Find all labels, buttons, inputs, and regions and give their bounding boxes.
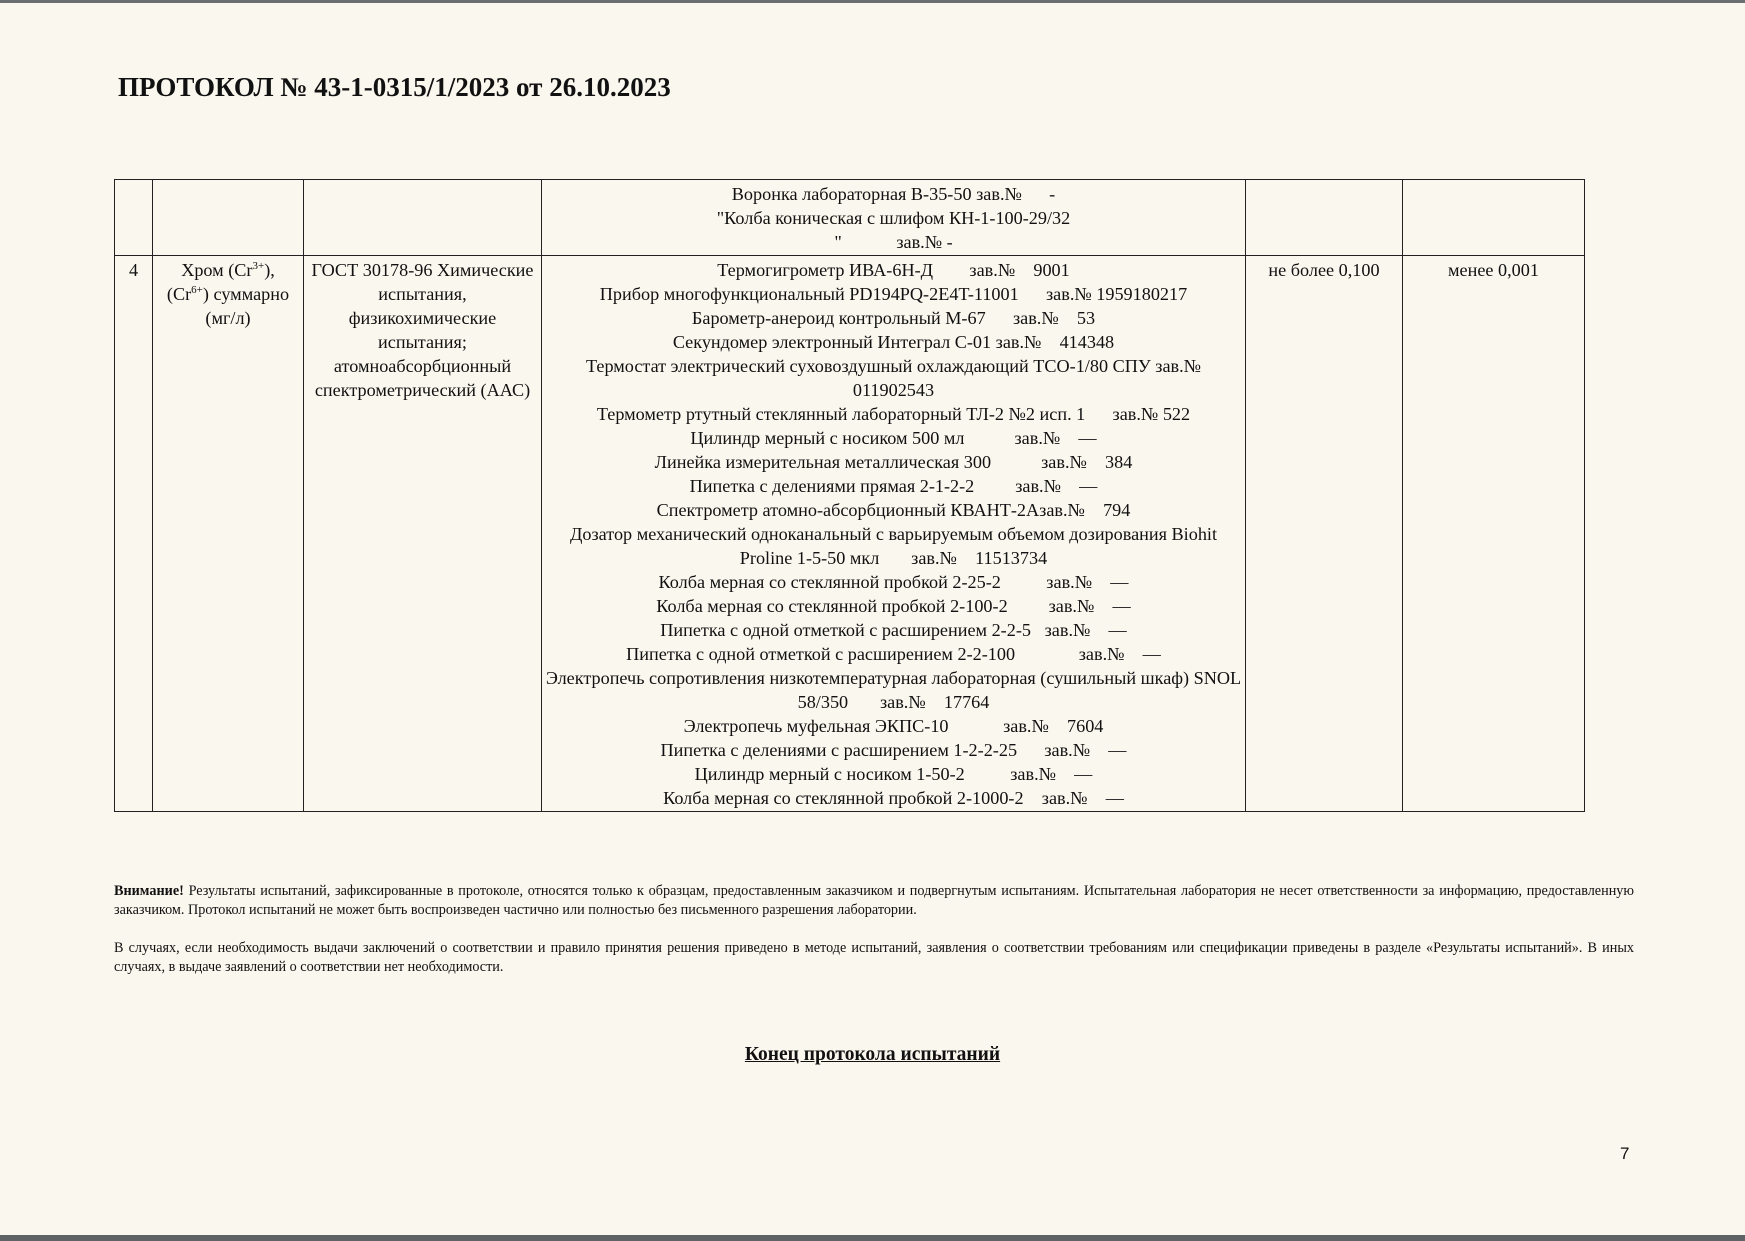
- equipment-item: Цилиндр мерный с носиком 500 мл зав.№ —: [545, 426, 1242, 450]
- attention-label: Внимание!: [114, 883, 184, 899]
- cell-number: 4: [115, 256, 153, 812]
- equipment-line: Воронка лабораторная В-35-50 зав.№ -: [545, 182, 1242, 206]
- equipment-item: Колба мерная со стеклянной пробкой 2-25-…: [545, 570, 1242, 594]
- equipment-item: Электропечь муфельная ЭКПС-10 зав.№ 7604: [545, 714, 1242, 738]
- ion-charge: 6+: [191, 284, 203, 296]
- attention-note: Внимание! Результаты испытаний, зафиксир…: [114, 882, 1634, 920]
- indicator-text: ) суммарно: [203, 284, 289, 304]
- equipment-item: Термостат электрический суховоздушный ох…: [545, 354, 1242, 402]
- conformity-note: В случаях, если необходимость выдачи зак…: [114, 939, 1634, 977]
- equipment-item: Термометр ртутный стеклянный лабораторны…: [545, 402, 1242, 426]
- equipment-item: Барометр-анероид контрольный М-67 зав.№ …: [545, 306, 1242, 330]
- equipment-item: Дозатор механический одноканальный с вар…: [545, 522, 1242, 570]
- attention-text: Результаты испытаний, зафиксированные в …: [114, 883, 1634, 918]
- equipment-line: " зав.№ -: [545, 230, 1242, 254]
- results-table: Воронка лабораторная В-35-50 зав.№ - "Ко…: [114, 179, 1585, 812]
- equipment-item: Пипетка с делениями прямая 2-1-2-2 зав.№…: [545, 474, 1242, 498]
- equipment-item: Термогигрометр ИВА-6Н-Д зав.№ 9001: [545, 258, 1242, 282]
- indicator-text: Хром (Cr: [181, 260, 252, 280]
- table-row-continuation: Воронка лабораторная В-35-50 зав.№ - "Ко…: [115, 180, 1585, 256]
- equipment-item: Линейка измерительная металлическая 300 …: [545, 450, 1242, 474]
- table-row: 4 Хром (Cr3+), (Cr6+) суммарно (мг/л) ГО…: [115, 256, 1585, 812]
- scan-top-edge: [0, 0, 1745, 3]
- notes-section: Внимание! Результаты испытаний, зафиксир…: [114, 882, 1634, 996]
- cell-norm: [1246, 180, 1403, 256]
- equipment-item: Электропечь сопротивления низкотемперату…: [545, 666, 1242, 714]
- end-of-protocol: Конец протокола испытаний: [0, 1044, 1745, 1066]
- equipment-item: Колба мерная со стеклянной пробкой 2-100…: [545, 594, 1242, 618]
- equipment-line: "Колба коническая с шлифом КН-1-100-29/3…: [545, 206, 1242, 230]
- equipment-item: Цилиндр мерный с носиком 1-50-2 зав.№ —: [545, 762, 1242, 786]
- equipment-item: Прибор многофункциональный PD194PQ-2E4T-…: [545, 282, 1242, 306]
- equipment-item: Пипетка с делениями с расширением 1-2-2-…: [545, 738, 1242, 762]
- cell-result: менее 0,001: [1403, 256, 1585, 812]
- cell-number: [115, 180, 153, 256]
- page-title: ПРОТОКОЛ № 43-1-0315/1/2023 от 26.10.202…: [118, 72, 671, 103]
- scan-bottom-edge: [0, 1235, 1745, 1241]
- cell-method: ГОСТ 30178-96 Химические испытания, физи…: [304, 256, 542, 812]
- page-number: 7: [1620, 1144, 1629, 1164]
- equipment-item: Пипетка с одной отметкой с расширением 2…: [545, 642, 1242, 666]
- equipment-item: Пипетка с одной отметкой с расширением 2…: [545, 618, 1242, 642]
- cell-result: [1403, 180, 1585, 256]
- cell-norm: не более 0,100: [1246, 256, 1403, 812]
- cell-method: [304, 180, 542, 256]
- cell-equipment: Воронка лабораторная В-35-50 зав.№ - "Ко…: [542, 180, 1246, 256]
- indicator-unit: (мг/л): [205, 308, 250, 328]
- equipment-item: Секундомер электронный Интеграл С-01 зав…: [545, 330, 1242, 354]
- cell-indicator: Хром (Cr3+), (Cr6+) суммарно (мг/л): [153, 256, 304, 812]
- indicator-text: (Cr: [167, 284, 191, 304]
- equipment-item: Спектрометр атомно-абсорбционный КВАНТ-2…: [545, 498, 1242, 522]
- ion-charge: 3+: [252, 260, 264, 272]
- equipment-item: Колба мерная со стеклянной пробкой 2-100…: [545, 786, 1242, 810]
- indicator-text: ),: [264, 260, 275, 280]
- cell-indicator: [153, 180, 304, 256]
- cell-equipment: Термогигрометр ИВА-6Н-Д зав.№ 9001Прибор…: [542, 256, 1246, 812]
